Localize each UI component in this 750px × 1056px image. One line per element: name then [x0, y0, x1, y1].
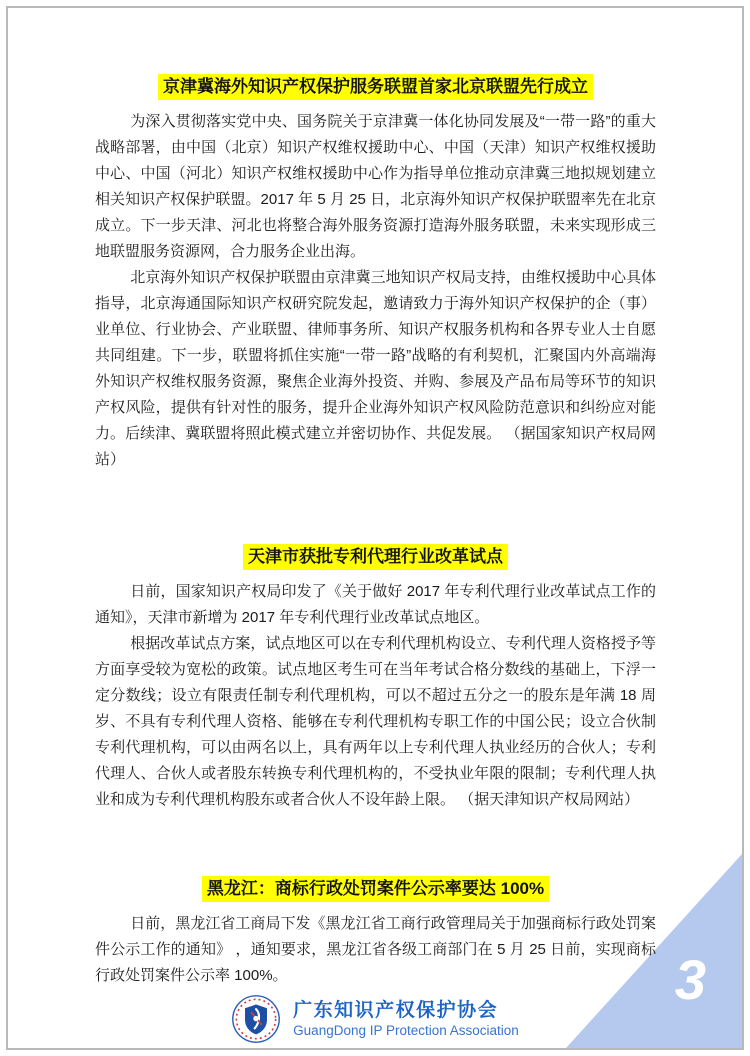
section-heilongjiang-trademark: 黑龙江：商标行政处罚案件公示率要达 100% 日前，黑龙江省工商局下发《黑龙江省… — [95, 876, 656, 989]
footer-org-name: 广东知识产权保护协会 GuangDong IP Protection Assoc… — [293, 999, 519, 1039]
footer: 广东知识产权保护协会 GuangDong IP Protection Assoc… — [0, 994, 750, 1044]
paragraph: 为深入贯彻落实党中央、国务院关于京津冀一体化协同发展及“一带一路”的重大战略部署… — [95, 109, 656, 265]
highlighted-title-text: 黑龙江：商标行政处罚案件公示率要达 100% — [202, 876, 549, 902]
paragraph: 北京海外知识产权保护联盟由京津冀三地知识产权局支持，由维权援助中心具体指导，北京… — [95, 265, 656, 473]
paragraph: 日前，国家知识产权局印发了《关于做好 2017 年专利代理行业改革试点工作的通知… — [95, 579, 656, 631]
section-tianjin-pilot: 天津市获批专利代理行业改革试点 日前，国家知识产权局印发了《关于做好 2017 … — [95, 544, 656, 813]
section-title: 京津冀海外知识产权保护服务联盟首家北京联盟先行成立 — [95, 74, 656, 100]
highlighted-title-text: 天津市获批专利代理行业改革试点 — [243, 544, 508, 570]
highlighted-title-text: 京津冀海外知识产权保护服务联盟首家北京联盟先行成立 — [158, 74, 593, 100]
section-title: 黑龙江：商标行政处罚案件公示率要达 100% — [95, 876, 656, 902]
document-content: 京津冀海外知识产权保护服务联盟首家北京联盟先行成立 为深入贯彻落实党中央、国务院… — [95, 74, 656, 989]
paragraph: 日前，黑龙江省工商局下发《黑龙江省工商行政管理局关于加强商标行政处罚案件公示工作… — [95, 911, 656, 989]
association-emblem-icon — [231, 994, 281, 1044]
section-title: 天津市获批专利代理行业改革试点 — [95, 544, 656, 570]
paragraph: 根据改革试点方案，试点地区可以在专利代理机构设立、专利代理人资格授予等方面享受较… — [95, 631, 656, 813]
section-beijing-alliance: 京津冀海外知识产权保护服务联盟首家北京联盟先行成立 为深入贯彻落实党中央、国务院… — [95, 74, 656, 473]
org-name-english: GuangDong IP Protection Association — [293, 1023, 519, 1039]
org-name-chinese: 广东知识产权保护协会 — [293, 999, 519, 1023]
